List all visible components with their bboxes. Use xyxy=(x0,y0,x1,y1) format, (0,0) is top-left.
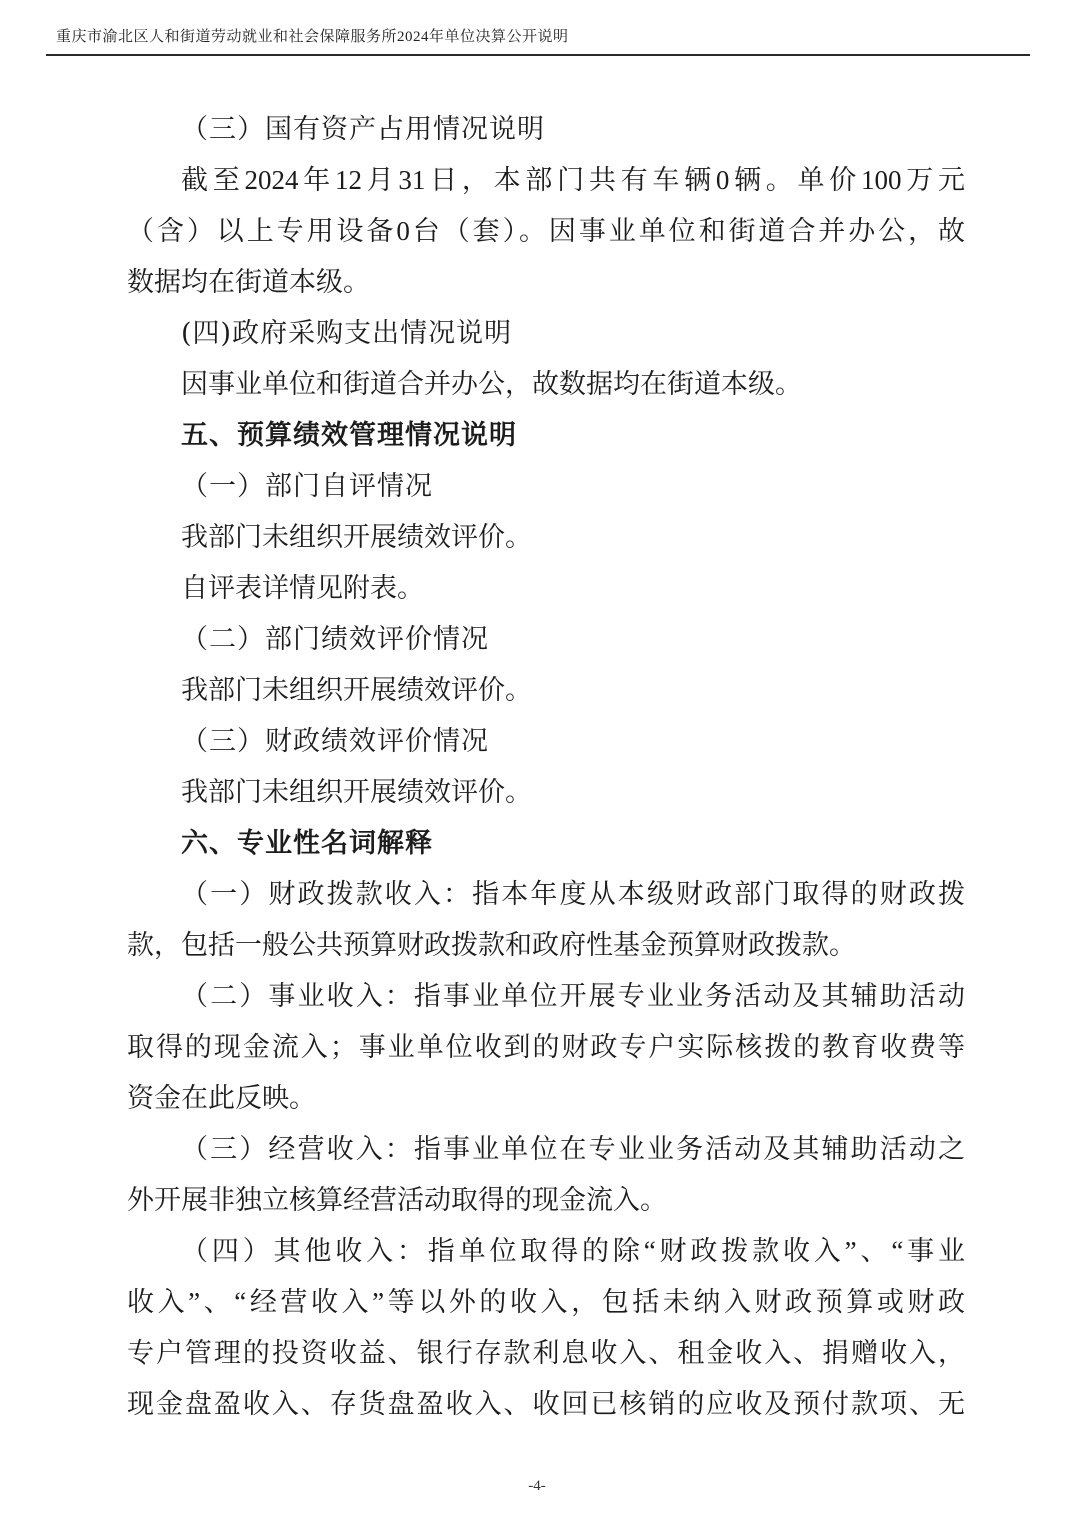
section-heading-terminology: 六、专业性名词解释 xyxy=(127,818,965,869)
para-self-evaluation-line-2: 自评表详情见附表。 xyxy=(127,563,965,614)
header-divider xyxy=(46,54,1030,56)
para-term-operating-income-line-2: 外开展非独立核算经营活动取得的现金流入。 xyxy=(127,1175,965,1226)
section-heading-state-assets: （三）国有资产占用情况说明 xyxy=(127,104,965,155)
para-state-assets-line-3: 数据均在街道本级。 xyxy=(127,257,965,308)
para-dept-evaluation: 我部门未组织开展绩效评价。 xyxy=(127,665,965,716)
para-term-operating-income-line-1: （三）经营收入：指事业单位在专业业务活动及其辅助活动之 xyxy=(127,1124,965,1175)
section-heading-budget-performance: 五、预算绩效管理情况说明 xyxy=(127,410,965,461)
page-footer: -4- xyxy=(0,1478,1074,1495)
subsection-heading-dept-evaluation: （二）部门绩效评价情况 xyxy=(127,614,965,665)
section-heading-gov-procurement: (四)政府采购支出情况说明 xyxy=(127,308,965,359)
subsection-heading-finance-evaluation: （三）财政绩效评价情况 xyxy=(127,716,965,767)
para-term-other-income-line-1: （四）其他收入：指单位取得的除“财政拨款收入”、“事业 xyxy=(127,1226,965,1277)
para-self-evaluation-line-1: 我部门未组织开展绩效评价。 xyxy=(127,512,965,563)
para-term-institutional-income-line-1: （二）事业收入：指事业单位开展专业业务活动及其辅助活动 xyxy=(127,971,965,1022)
document-body: （三）国有资产占用情况说明 截至2024年12月31日，本部门共有车辆0辆。单价… xyxy=(127,104,965,1430)
para-term-institutional-income-line-3: 资金在此反映。 xyxy=(127,1073,965,1124)
para-gov-procurement: 因事业单位和街道合并办公，故数据均在街道本级。 xyxy=(127,359,965,410)
para-finance-evaluation: 我部门未组织开展绩效评价。 xyxy=(127,767,965,818)
para-term-other-income-line-2: 收入”、“经营收入”等以外的收入，包括未纳入财政预算或财政 xyxy=(127,1277,965,1328)
page-header: 重庆市渝北区人和街道劳动就业和社会保障服务所2024年单位决算公开说明 xyxy=(46,26,1030,56)
document-header-title: 重庆市渝北区人和街道劳动就业和社会保障服务所2024年单位决算公开说明 xyxy=(46,26,1030,48)
para-term-other-income-line-4: 现金盘盈收入、存货盘盈收入、收回已核销的应收及预付款项、无 xyxy=(127,1379,965,1430)
para-term-fiscal-appropriation-line-1: （一）财政拨款收入：指本年度从本级财政部门取得的财政拨 xyxy=(127,869,965,920)
para-state-assets-line-2: （含）以上专用设备0台（套）。因事业单位和街道合并办公，故 xyxy=(127,206,965,257)
para-term-other-income-line-3: 专户管理的投资收益、银行存款利息收入、租金收入、捐赠收入， xyxy=(127,1328,965,1379)
para-state-assets-line-1: 截至2024年12月31日，本部门共有车辆0辆。单价100万元 xyxy=(127,155,965,206)
document-page: 重庆市渝北区人和街道劳动就业和社会保障服务所2024年单位决算公开说明 （三）国… xyxy=(0,0,1074,1520)
page-number: -4- xyxy=(528,1478,546,1494)
para-term-institutional-income-line-2: 取得的现金流入；事业单位收到的财政专户实际核拨的教育收费等 xyxy=(127,1022,965,1073)
subsection-heading-self-evaluation: （一）部门自评情况 xyxy=(127,461,965,512)
para-term-fiscal-appropriation-line-2: 款，包括一般公共预算财政拨款和政府性基金预算财政拨款。 xyxy=(127,920,965,971)
